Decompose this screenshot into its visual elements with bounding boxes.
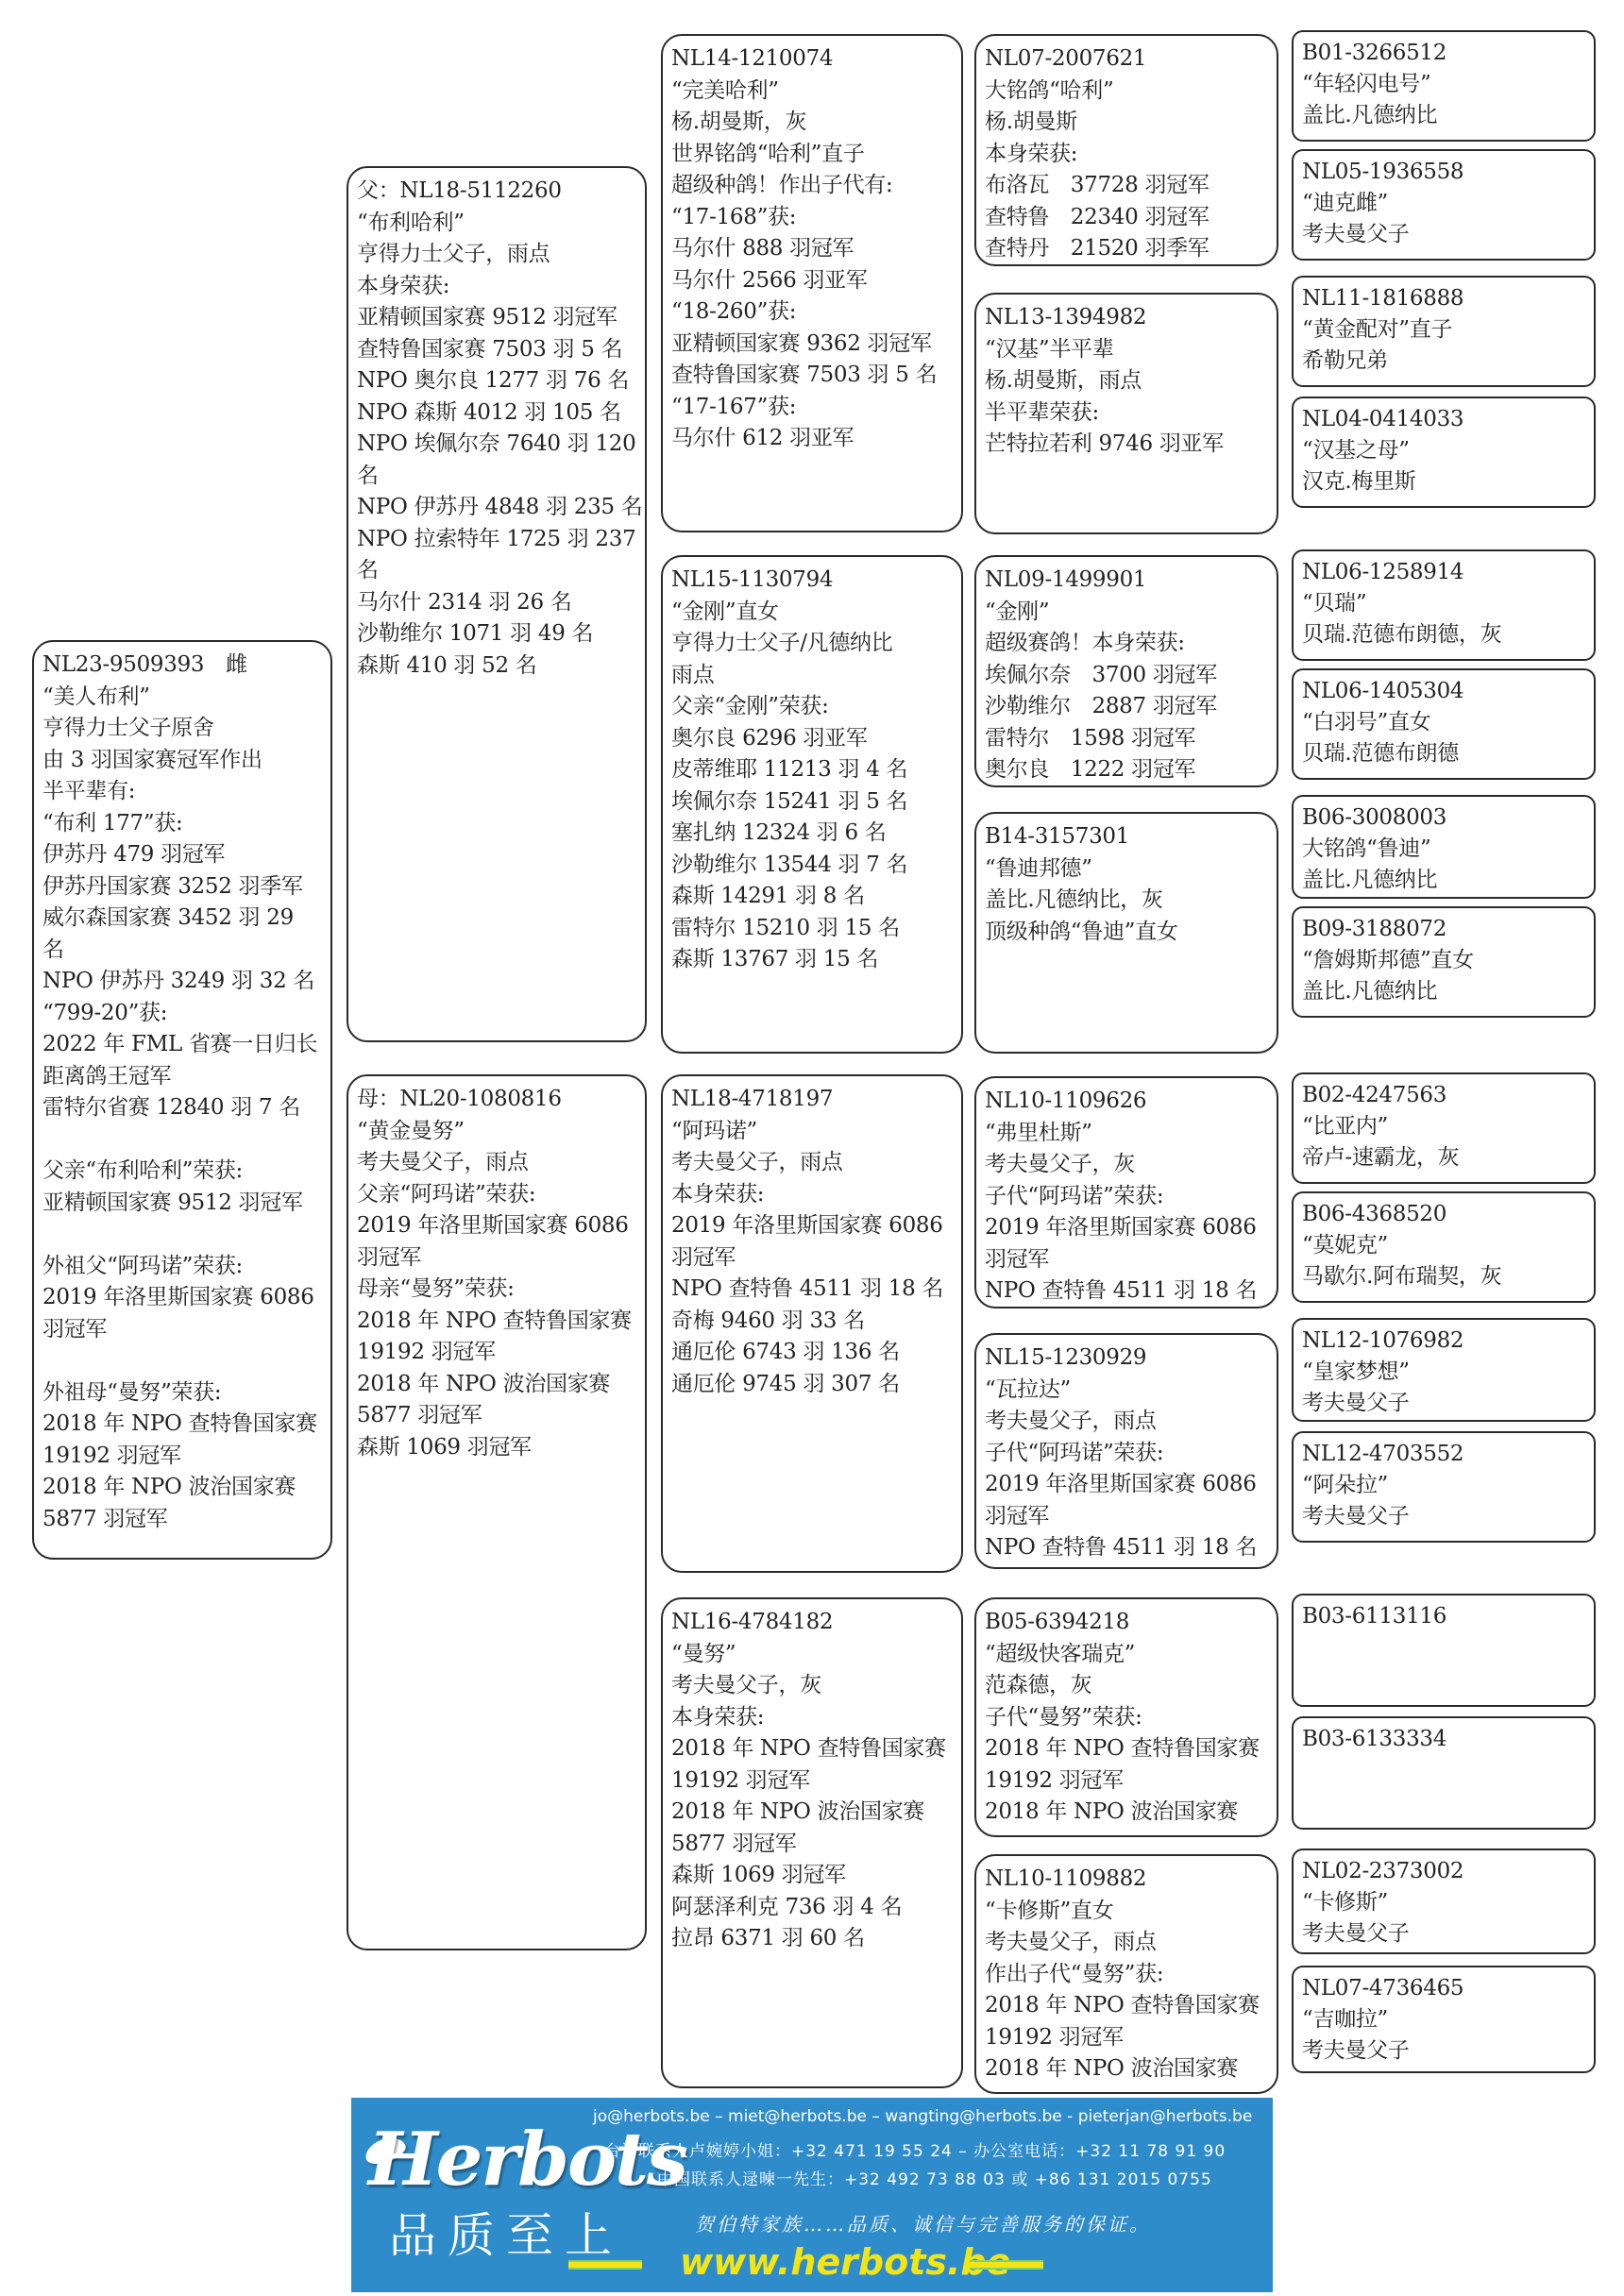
- ring-number: NL18-4718197: [671, 1084, 954, 1116]
- ring-number: NL15-1230929: [985, 1342, 1269, 1375]
- card-line: “阿朵拉”: [1302, 1470, 1586, 1501]
- grandparent-card: NL15-1130794 “金刚”直女亨得力士父子/凡德纳比雨点父亲“金刚”荣获…: [661, 555, 963, 1054]
- card-line: 羽冠军: [985, 1501, 1269, 1533]
- card-line: NPO 伊苏丹 3249 羽 32 名: [42, 966, 323, 998]
- card-line: 本身荣获:: [357, 271, 637, 303]
- card-line: 埃佩尔奈 15241 羽 5 名: [671, 786, 954, 819]
- card-line: “18-260”获:: [671, 296, 954, 329]
- ring-number: NL09-1499901: [985, 565, 1269, 597]
- card-line: 名: [357, 461, 637, 493]
- great-grandparent-card: NL10-1109626 “弗里杜斯”考夫曼父子，灰子代“阿玛诺”荣获:2019…: [974, 1076, 1278, 1308]
- card-line: “黄金配对”直子: [1302, 314, 1586, 346]
- china-contact: 中国联系人逯暕一先生：+32 492 73 88 03 或 +86 131 20…: [657, 2166, 1212, 2189]
- card-line: “金刚”直女: [671, 597, 954, 629]
- card-line: “布利 177”获:: [42, 808, 323, 840]
- card-line: NPO 拉索特年 1725 羽 237: [357, 524, 637, 556]
- card-line: 查特鲁国家赛 7503 羽 5 名: [671, 360, 954, 392]
- decorative-dash-right: [970, 2260, 1043, 2270]
- great-great-grandparent-card: B03-6133334: [1292, 1716, 1596, 1830]
- great-great-grandparent-card: NL02-2373002 “卡修斯”考夫曼父子: [1292, 1849, 1596, 1954]
- card-line: 本身荣获:: [985, 139, 1269, 171]
- card-line: 杨.胡曼斯，灰: [671, 107, 954, 139]
- great-grandparent-card: NL13-1394982 “汉基”半平辈杨.胡曼斯，雨点半平辈荣获:芒特拉若利 …: [974, 293, 1278, 534]
- ring-number: 父：NL18-5112260: [357, 176, 637, 208]
- ring-number: NL12-1076982: [1302, 1325, 1586, 1357]
- great-great-grandparent-card: NL06-1405304 “白羽号”直女贝瑞.范德布朗德: [1292, 668, 1596, 780]
- motto: 贺伯特家族……品质、诚信与完善服务的保证。: [695, 2209, 1151, 2237]
- card-line: 外祖母“曼努”荣获:: [42, 1377, 323, 1410]
- card-line: 芒特拉若利 9746 羽亚军: [985, 429, 1269, 461]
- card-line: 贝瑞.范德布朗德: [1302, 738, 1586, 769]
- card-line: 沙勒维尔 1071 羽 49 名: [357, 618, 637, 650]
- card-line: 奥尔良 6296 羽亚军: [671, 723, 954, 755]
- card-line: 森斯 1069 羽冠军: [357, 1432, 637, 1464]
- card-line: “完美哈利”: [671, 76, 954, 108]
- ring-number: NL07-4736465: [1302, 1973, 1586, 2004]
- card-line: 考夫曼父子，灰: [671, 1670, 954, 1702]
- card-line: 父亲“阿玛诺”荣获:: [357, 1179, 637, 1211]
- ring-number: NL06-1405304: [1302, 676, 1586, 707]
- card-line: “迪克雌”: [1302, 188, 1586, 219]
- card-line: 马尔什 888 羽冠军: [671, 233, 954, 265]
- card-line: 查特鲁国家赛 7503 羽 5 名: [357, 334, 637, 366]
- card-line: 查特丹 21520 羽季军: [985, 233, 1269, 265]
- great-great-grandparent-card: NL04-0414033 “汉基之母”汉克.梅里斯: [1292, 397, 1596, 508]
- card-line: 2018 年 NPO 波治国家赛: [985, 1797, 1269, 1829]
- herbots-banner: Herbots 品质至上 jo@herbots.be – miet@herbot…: [351, 2098, 1273, 2292]
- card-line: “799-20”获:: [42, 998, 323, 1030]
- ring-number: B14-3157301: [985, 821, 1269, 853]
- card-line: 考夫曼父子: [1302, 219, 1586, 250]
- card-line: 5877 羽冠军: [42, 1504, 323, 1536]
- great-grandparent-card: B14-3157301 “鲁迪邦德”盖比.凡德纳比，灰顶级种鸽“鲁迪”直女: [974, 812, 1278, 1054]
- card-line: [42, 1219, 323, 1251]
- grandparent-card: NL18-4718197 “阿玛诺”考夫曼父子，雨点本身荣获:2019 年洛里斯…: [661, 1074, 963, 1573]
- great-great-grandparent-card: NL06-1258914 “贝瑞”贝瑞.范德布朗德，灰: [1292, 549, 1596, 661]
- card-line: 森斯 1069 羽冠军: [671, 1860, 954, 1892]
- card-line: 亚精顿国家赛 9512 羽冠军: [357, 302, 637, 334]
- card-line: 半平辈荣获:: [985, 397, 1269, 430]
- card-line: 皮蒂维耶 11213 羽 4 名: [671, 754, 954, 786]
- card-line: 考夫曼父子: [1302, 1501, 1586, 1532]
- card-line: 汉克.梅里斯: [1302, 466, 1586, 498]
- card-line: 顶级种鸽“鲁迪”直女: [985, 917, 1269, 949]
- card-line: NPO 查特鲁 4511 羽 18 名: [985, 1532, 1269, 1564]
- card-line: “曼努”: [671, 1639, 954, 1671]
- great-great-grandparent-card: NL11-1816888 “黄金配对”直子希勒兄弟: [1292, 276, 1596, 387]
- ring-number: NL11-1816888: [1302, 283, 1586, 314]
- card-line: “超级快客瑞克”: [985, 1639, 1269, 1671]
- card-line: “吉咖拉”: [1302, 2004, 1586, 2035]
- ring-number: NL15-1130794: [671, 565, 954, 597]
- card-line: 盖比.凡德纳比: [1302, 100, 1586, 131]
- great-great-grandparent-card: B09-3188072 “詹姆斯邦德”直女盖比.凡德纳比: [1292, 906, 1596, 1018]
- card-line: NPO 查特鲁 4511 羽 18 名: [985, 1275, 1269, 1308]
- great-great-grandparent-card: NL05-1936558 “迪克雌”考夫曼父子: [1292, 149, 1596, 261]
- card-line: “阿玛诺”: [671, 1116, 954, 1148]
- ring-number: NL10-1109882: [985, 1864, 1269, 1896]
- card-line: “瓦拉达”: [985, 1375, 1269, 1407]
- card-line: “白羽号”直女: [1302, 707, 1586, 738]
- ring-number: NL12-4703552: [1302, 1439, 1586, 1470]
- card-line: 羽冠军: [357, 1242, 637, 1275]
- card-line: 大铭鸽“哈利”: [985, 76, 1269, 108]
- dam-card: 母：NL20-1080816 “黄金曼努”考夫曼父子，雨点父亲“阿玛诺”荣获:2…: [347, 1074, 647, 1950]
- card-line: 19192 羽冠军: [985, 2022, 1269, 2054]
- card-line: 子代“曼努”荣获:: [985, 1702, 1269, 1734]
- ring-number: NL04-0414033: [1302, 404, 1586, 435]
- card-line: 雷特尔 15210 羽 15 名: [671, 913, 954, 945]
- card-line: 亨得力士父子原舍: [42, 713, 323, 745]
- card-line: NPO 森斯 4012 羽 105 名: [357, 397, 637, 430]
- card-line: 2019 年洛里斯国家赛 6086: [671, 1210, 954, 1242]
- card-line: 伊苏丹国家赛 3252 羽季军: [42, 871, 323, 903]
- card-line: 考夫曼父子，灰: [985, 1149, 1269, 1181]
- card-line: 雷特尔省赛 12840 羽 7 名: [42, 1092, 323, 1124]
- great-grandparent-card: NL07-2007621大铭鸽“哈利”杨.胡曼斯本身荣获:布洛瓦 37728 羽…: [974, 34, 1278, 266]
- card-line: 范森德，灰: [985, 1670, 1269, 1702]
- card-line: 雷特尔 1598 羽冠军: [985, 723, 1269, 755]
- ring-number: B03-6113116: [1302, 1601, 1586, 1632]
- ring-number: NL14-1210074: [671, 43, 954, 76]
- card-line: “詹姆斯邦德”直女: [1302, 945, 1586, 976]
- great-great-grandparent-card: NL12-1076982 “皇家梦想”考夫曼父子: [1292, 1318, 1596, 1422]
- card-line: 羽冠军: [42, 1314, 323, 1346]
- great-great-grandparent-card: B01-3266512 “年轻闪电号”盖比.凡德纳比: [1292, 30, 1596, 142]
- card-line: 2018 年 NPO 查特鲁国家赛: [985, 1733, 1269, 1765]
- card-line: 5877 羽冠军: [671, 1829, 954, 1861]
- card-line: “黄金曼努”: [357, 1116, 637, 1148]
- card-line: “比亚内”: [1302, 1111, 1586, 1142]
- great-great-grandparent-card: B06-3008003大铭鸽“鲁迪”盖比.凡德纳比: [1292, 795, 1596, 899]
- card-line: “17-168”获:: [671, 202, 954, 234]
- card-line: “莫妮克”: [1302, 1230, 1586, 1261]
- ring-number: NL05-1936558: [1302, 157, 1586, 188]
- ring-number: 母：NL20-1080816: [357, 1084, 637, 1116]
- card-line: 名: [357, 555, 637, 587]
- card-line: 奇梅 9460 羽 33 名: [671, 1306, 954, 1338]
- great-great-grandparent-card: B02-4247563 “比亚内”帝卢-速霸龙，灰: [1292, 1072, 1596, 1184]
- card-line: NPO 奥尔良 1277 羽 76 名: [357, 365, 637, 397]
- card-line: 半平辈有:: [42, 776, 323, 808]
- card-line: “卡修斯”直女: [985, 1896, 1269, 1928]
- card-line: 考夫曼父子: [1302, 2035, 1586, 2067]
- ring-number: NL10-1109626: [985, 1086, 1269, 1118]
- card-line: 亚精顿国家赛 9362 羽冠军: [671, 329, 954, 361]
- contact-emails[interactable]: jo@herbots.be – miet@herbots.be – wangti…: [593, 2107, 1252, 2126]
- ring-number: NL07-2007621: [985, 43, 1269, 76]
- ring-number: B06-3008003: [1302, 802, 1586, 834]
- card-line: 超级赛鸽！本身荣获:: [985, 628, 1269, 660]
- card-line: 2019 年洛里斯国家赛 6086: [42, 1282, 323, 1314]
- card-line: 考夫曼父子，雨点: [357, 1147, 637, 1179]
- card-line: NPO 埃佩尔奈 7640 羽 120: [357, 429, 637, 461]
- website-link[interactable]: www.herbots.be: [680, 2241, 1010, 2283]
- great-great-grandparent-card: B06-4368520 “莫妮克”马歇尔.阿布瑞契，灰: [1292, 1191, 1596, 1303]
- card-line: 马歇尔.阿布瑞契，灰: [1302, 1261, 1586, 1292]
- card-line: NPO 查特鲁 4511 羽 18 名: [671, 1274, 954, 1306]
- card-line: 贝瑞.范德布朗德，灰: [1302, 619, 1586, 650]
- card-line: 考夫曼父子: [1302, 1388, 1586, 1419]
- card-line: 2018 年 NPO 查特鲁国家赛: [671, 1733, 954, 1765]
- card-line: NPO 伊苏丹 4848 羽 235 名: [357, 492, 637, 524]
- card-line: 亨得力士父子/凡德纳比: [671, 628, 954, 660]
- card-line: 超级种鸽！作出子代有:: [671, 170, 954, 202]
- card-line: 塞扎纳 12324 羽 6 名: [671, 818, 954, 850]
- great-great-grandparent-card: NL07-4736465 “吉咖拉”考夫曼父子: [1292, 1966, 1596, 2073]
- card-line: 2018 年 NPO 波治国家赛: [671, 1797, 954, 1829]
- card-line: 父亲“金刚”荣获:: [671, 691, 954, 723]
- great-grandparent-card: NL10-1109882 “卡修斯”直女考夫曼父子，雨点作出子代“曼努”获:20…: [974, 1854, 1278, 2094]
- card-line: 父亲“布利哈利”荣获:: [42, 1156, 323, 1188]
- card-line: 考夫曼父子，雨点: [985, 1927, 1269, 1959]
- card-line: 作出子代“曼努”获:: [985, 1959, 1269, 1991]
- card-line: 沙勒维尔 13544 羽 7 名: [671, 850, 954, 882]
- grandparent-card: NL14-1210074 “完美哈利”杨.胡曼斯，灰世界铭鸽“哈利”直子超级种鸽…: [661, 34, 963, 532]
- card-line: “17-167”获:: [671, 392, 954, 424]
- taiwan-contact: 台湾联系人卢婉婷小姐：+32 471 19 55 24 – 办公室电话：+32 …: [604, 2137, 1226, 2161]
- card-line: 距离鸽王冠军: [42, 1061, 323, 1093]
- card-line: “美人布利”: [42, 682, 323, 714]
- card-line: 名: [42, 935, 323, 967]
- card-line: “贝瑞”: [1302, 588, 1586, 619]
- card-line: 盖比.凡德纳比: [1302, 976, 1586, 1007]
- card-line: 马尔什 612 羽亚军: [671, 423, 954, 455]
- card-line: 亚精顿国家赛 9512 羽冠军: [42, 1188, 323, 1220]
- decorative-dash-left: [568, 2260, 642, 2270]
- slogan: 品质至上: [389, 2198, 623, 2266]
- card-line: 盖比.凡德纳比: [1302, 865, 1586, 896]
- card-line: 考夫曼父子，雨点: [985, 1406, 1269, 1438]
- card-line: “布利哈利”: [357, 208, 637, 240]
- card-line: 杨.胡曼斯，雨点: [985, 365, 1269, 397]
- card-line: 外祖父“阿玛诺”荣获:: [42, 1251, 323, 1283]
- subject-card: NL23-9509393 雌 “美人布利”亨得力士父子原舍由 3 羽国家赛冠军作…: [32, 640, 332, 1560]
- card-line: 通厄伦 6743 羽 136 名: [671, 1337, 954, 1369]
- card-line: 查特鲁 22340 羽冠军: [985, 202, 1269, 234]
- card-line: 2019 年洛里斯国家赛 6086: [985, 1212, 1269, 1244]
- card-line: 世界铭鸽“哈利”直子: [671, 139, 954, 171]
- card-line: 阿瑟泽利克 736 羽 4 名: [671, 1892, 954, 1924]
- card-line: 拉昂 6371 羽 60 名: [671, 1923, 954, 1955]
- card-line: 埃佩尔奈 3700 羽冠军: [985, 660, 1269, 692]
- ring-number: NL23-9509393 雌: [42, 650, 323, 682]
- card-line: 奥尔良 1222 羽冠军: [985, 754, 1269, 786]
- card-line: 马尔什 2566 羽亚军: [671, 265, 954, 297]
- card-line: 伊苏丹 479 羽冠军: [42, 839, 323, 871]
- card-line: 19192 羽冠军: [985, 1765, 1269, 1798]
- card-line: 亨得力士父子，雨点: [357, 239, 637, 271]
- card-line: 19192 羽冠军: [357, 1337, 637, 1369]
- card-line: “汉基之母”: [1302, 435, 1586, 466]
- card-line: 由 3 羽国家赛冠军作出: [42, 745, 323, 777]
- grandparent-card: NL16-4784182 “曼努”考夫曼父子，灰本身荣获:2018 年 NPO …: [661, 1597, 963, 2088]
- ring-number: NL02-2373002: [1302, 1856, 1586, 1887]
- card-line: [42, 1124, 323, 1156]
- ring-number: B01-3266512: [1302, 38, 1586, 69]
- card-line: 羽冠军: [671, 1242, 954, 1275]
- card-line: “皇家梦想”: [1302, 1357, 1586, 1388]
- card-line: 19192 羽冠军: [42, 1441, 323, 1473]
- card-line: 森斯 410 羽 52 名: [357, 650, 637, 683]
- card-line: “鲁迪邦德”: [985, 853, 1269, 886]
- card-line: “年轻闪电号”: [1302, 69, 1586, 100]
- card-line: 母亲“曼努”荣获:: [357, 1274, 637, 1306]
- great-grandparent-card: NL15-1230929 “瓦拉达”考夫曼父子，雨点子代“阿玛诺”荣获:2019…: [974, 1333, 1278, 1569]
- card-line: 2019 年洛里斯国家赛 6086: [357, 1210, 637, 1242]
- card-line: 盖比.凡德纳比，灰: [985, 885, 1269, 917]
- ring-number: B02-4247563: [1302, 1080, 1586, 1111]
- card-line: 森斯 13767 羽 15 名: [671, 944, 954, 976]
- ring-number: B06-4368520: [1302, 1199, 1586, 1230]
- great-grandparent-card: B05-6394218 “超级快客瑞克”范森德，灰子代“曼努”荣获:2018 年…: [974, 1597, 1278, 1837]
- card-line: 子代“阿玛诺”荣获:: [985, 1181, 1269, 1213]
- card-line: 杨.胡曼斯: [985, 107, 1269, 139]
- ring-number: NL13-1394982: [985, 302, 1269, 334]
- great-grandparent-card: NL09-1499901 “金刚”超级赛鸽！本身荣获:埃佩尔奈 3700 羽冠军…: [974, 555, 1278, 787]
- ring-number: B09-3188072: [1302, 914, 1586, 945]
- card-line: 本身荣获:: [671, 1179, 954, 1211]
- ring-number: NL16-4784182: [671, 1607, 954, 1639]
- card-line: [42, 1345, 323, 1377]
- card-line: 通厄伦 9745 羽 307 名: [671, 1369, 954, 1401]
- great-great-grandparent-card: B03-6113116: [1292, 1594, 1596, 1707]
- card-line: 沙勒维尔 2887 羽冠军: [985, 691, 1269, 723]
- card-line: 羽冠军: [985, 1244, 1269, 1276]
- card-line: 2018 年 NPO 查特鲁国家赛: [357, 1306, 637, 1338]
- card-line: 2018 年 NPO 波治国家赛: [42, 1472, 323, 1504]
- ring-number: B05-6394218: [985, 1607, 1269, 1639]
- card-line: 布洛瓦 37728 羽冠军: [985, 170, 1269, 202]
- card-line: 考夫曼父子: [1302, 1918, 1586, 1950]
- card-line: 威尔森国家赛 3452 羽 29: [42, 903, 323, 935]
- ring-number: NL06-1258914: [1302, 557, 1586, 588]
- card-line: “弗里杜斯”: [985, 1118, 1269, 1150]
- card-line: 5877 羽冠军: [357, 1400, 637, 1432]
- card-line: 考夫曼父子，雨点: [671, 1147, 954, 1179]
- card-line: 2018 年 NPO 波治国家赛: [985, 2053, 1269, 2085]
- sire-card: 父：NL18-5112260 “布利哈利”亨得力士父子，雨点本身荣获:亚精顿国家…: [347, 166, 647, 1042]
- card-line: 2018 年 NPO 查特鲁国家赛: [985, 1990, 1269, 2022]
- card-line: “汉基”半平辈: [985, 334, 1269, 366]
- great-great-grandparent-card: NL12-4703552 “阿朵拉”考夫曼父子: [1292, 1431, 1596, 1543]
- card-line: 本身荣获:: [671, 1702, 954, 1734]
- card-line: 19192 羽冠军: [671, 1765, 954, 1798]
- card-line: “金刚”: [985, 597, 1269, 629]
- card-line: 大铭鸽“鲁迪”: [1302, 834, 1586, 865]
- card-line: “卡修斯”: [1302, 1887, 1586, 1918]
- card-line: 雨点: [671, 660, 954, 692]
- card-line: 森斯 14291 羽 8 名: [671, 881, 954, 913]
- card-line: 马尔什 2314 羽 26 名: [357, 587, 637, 619]
- card-line: 2018 年 NPO 查特鲁国家赛: [42, 1409, 323, 1441]
- card-line: 2022 年 FML 省赛一日归长: [42, 1029, 323, 1061]
- card-line: 子代“阿玛诺”荣获:: [985, 1438, 1269, 1470]
- card-line: 2019 年洛里斯国家赛 6086: [985, 1469, 1269, 1501]
- card-line: 帝卢-速霸龙，灰: [1302, 1142, 1586, 1173]
- card-line: 2018 年 NPO 波治国家赛: [357, 1369, 637, 1401]
- ring-number: B03-6133334: [1302, 1724, 1586, 1755]
- card-line: 希勒兄弟: [1302, 346, 1586, 377]
